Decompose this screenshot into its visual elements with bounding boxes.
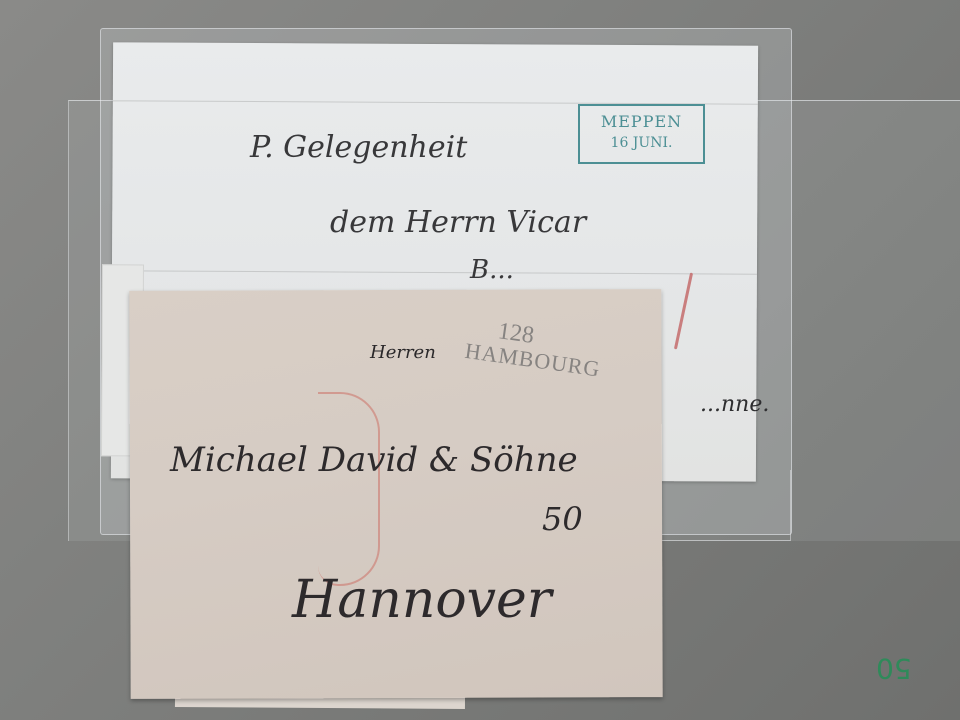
sleeve-edge: [660, 470, 791, 541]
fold-line: [112, 270, 757, 274]
red-crayon-rate-mark: [318, 392, 380, 586]
addressee: Michael David & Söhne: [170, 440, 578, 480]
back-letter-line2: dem Herrn Vicar: [330, 205, 586, 240]
destination-city: Hannover: [292, 570, 552, 630]
postmark-town: MEPPEN: [580, 114, 703, 130]
postmark-date: 16 JUNI.: [580, 136, 703, 150]
meppen-postmark: MEPPEN 16 JUNI.: [578, 104, 705, 164]
back-letter-fragment: ...nne.: [700, 392, 769, 417]
back-letter-line3: B...: [470, 255, 514, 285]
postage-rate: 50: [542, 500, 583, 538]
salutation: Herren: [370, 322, 436, 368]
salutation-text: Herren: [370, 342, 436, 363]
photo-scene: MEPPEN 16 JUNI. P. Gelegenheit dem Herrn…: [0, 0, 960, 720]
pencil-price-note: 50: [876, 652, 912, 685]
back-letter-line1: P. Gelegenheit: [250, 130, 467, 165]
